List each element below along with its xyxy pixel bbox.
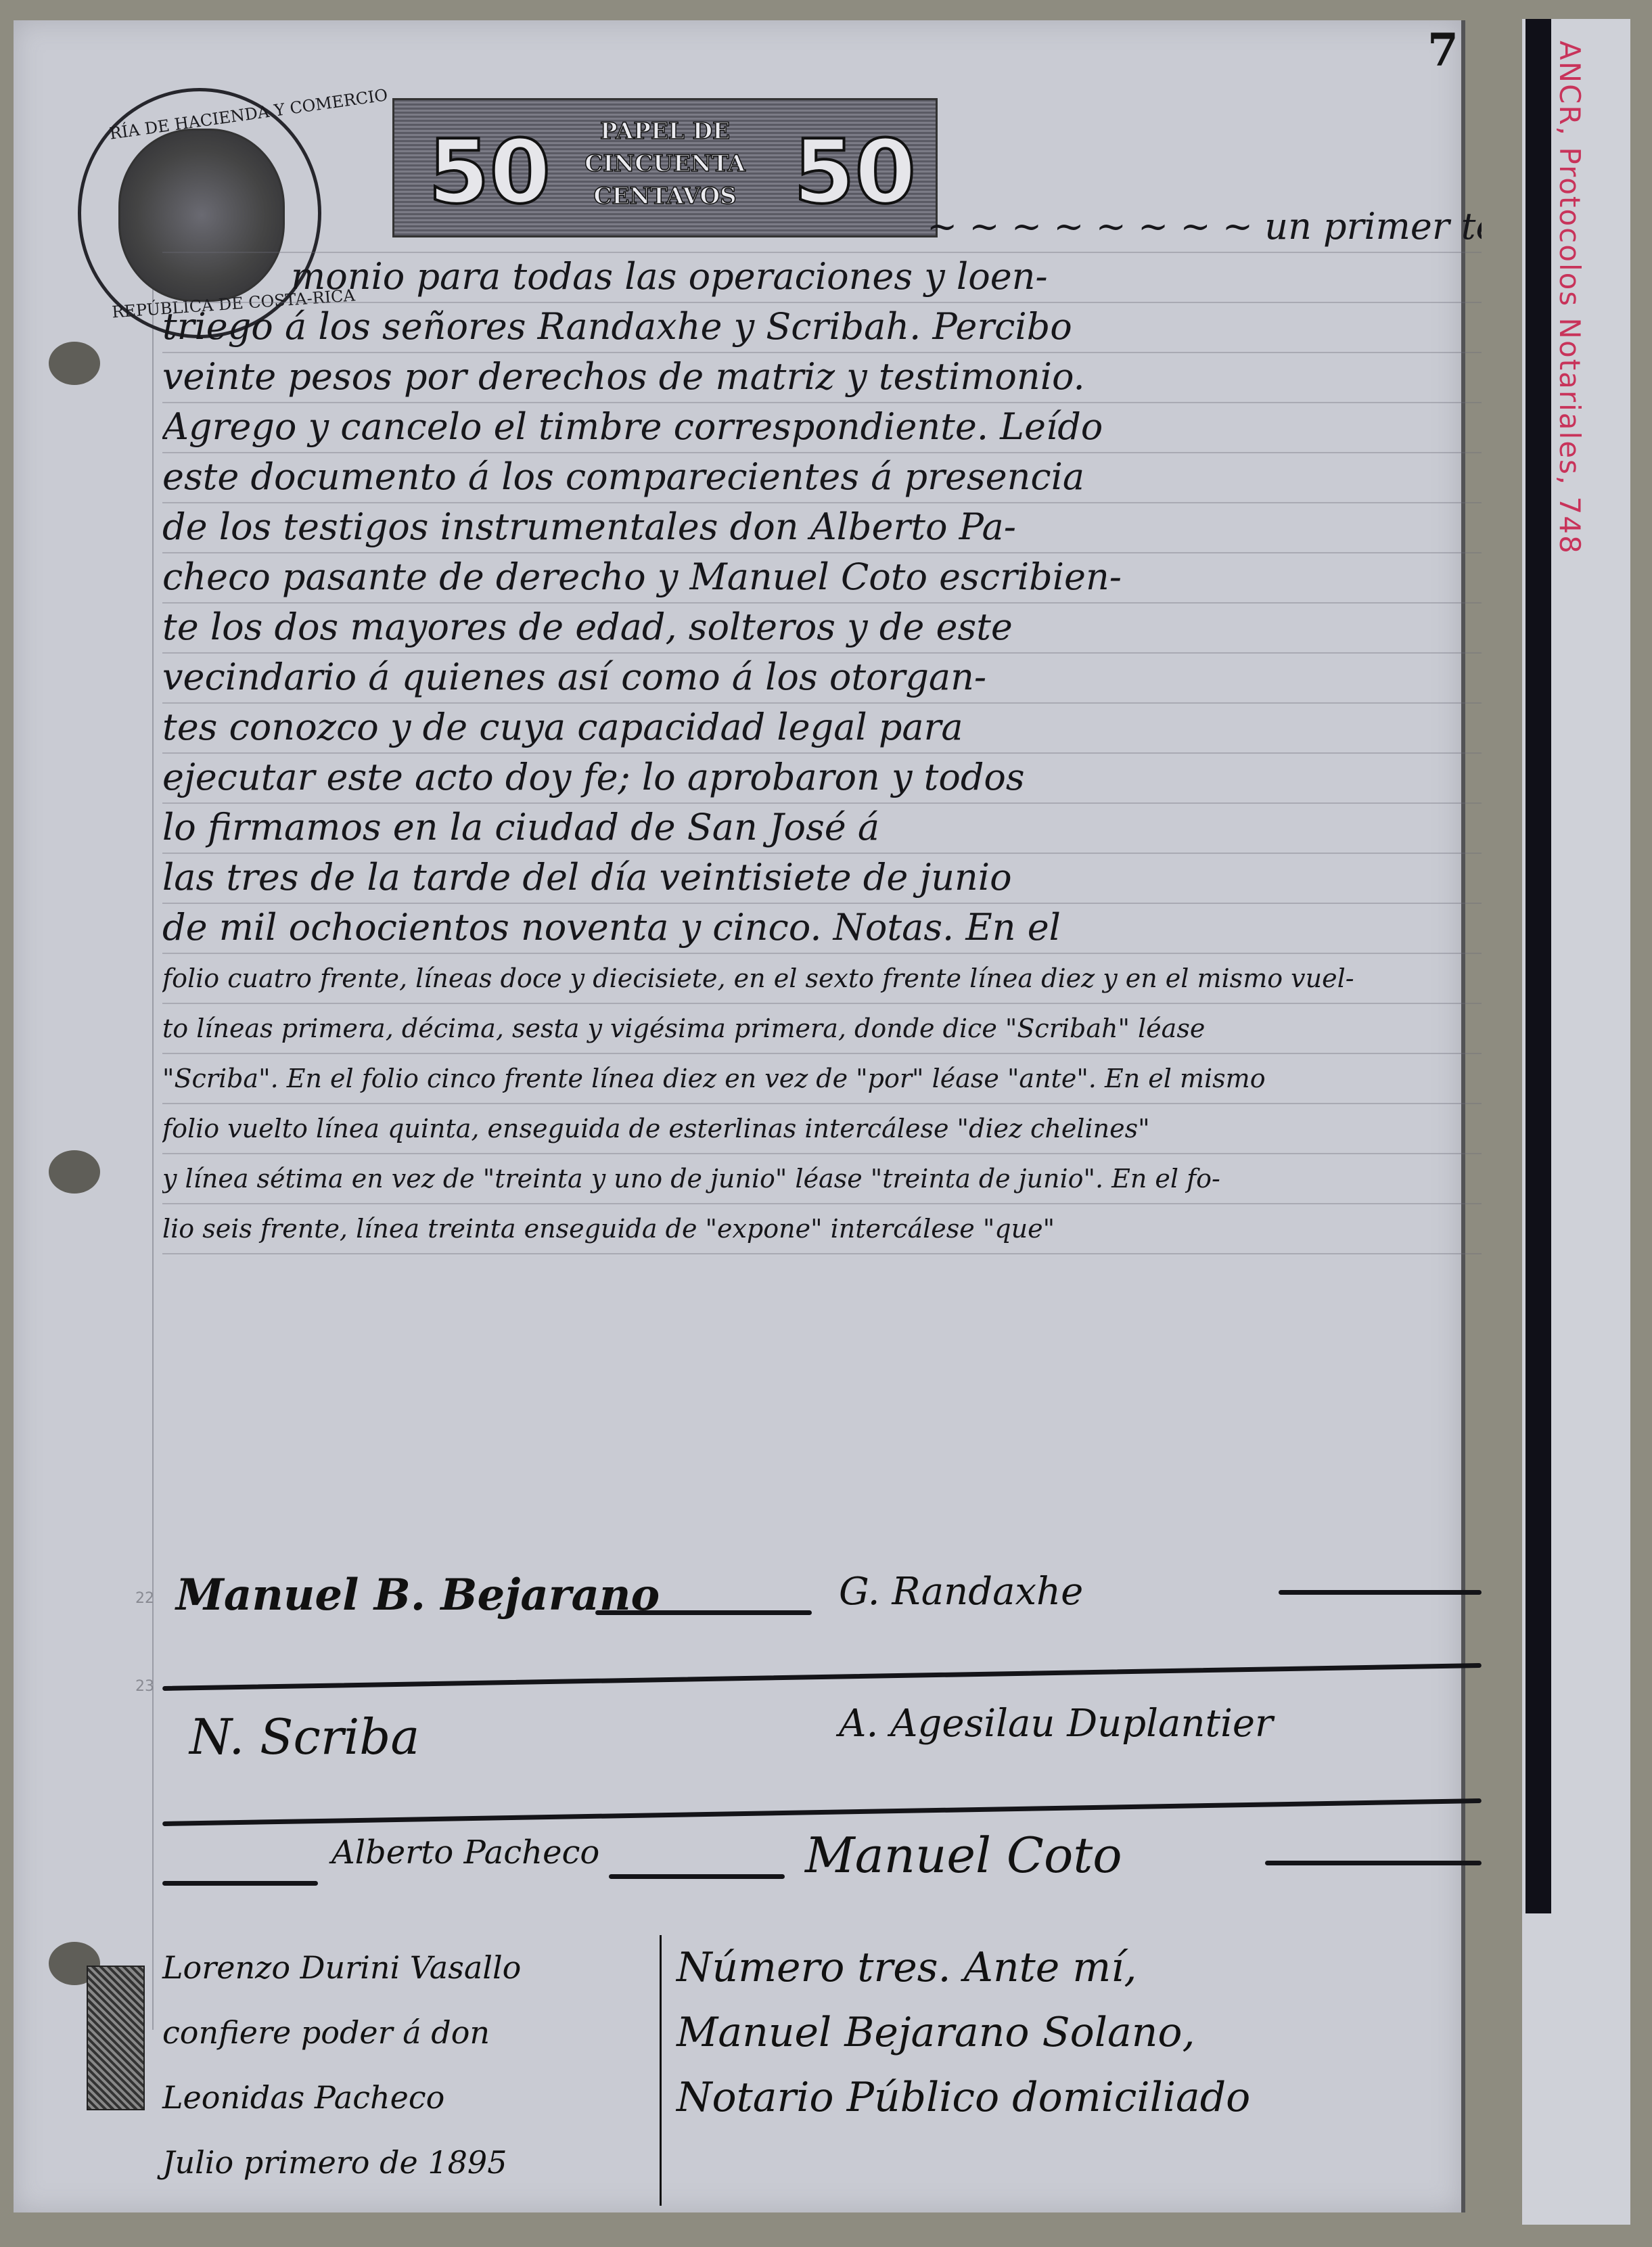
note-line: 17to líneas primera, décima, sesta y vig… bbox=[162, 1004, 1482, 1054]
deed-opening-text: Número tres. Ante mí, Manuel Bejarano So… bbox=[676, 1935, 1482, 2130]
body-line: lo firmamos en la ciudad de San José á bbox=[162, 804, 1482, 854]
note-line: 19folio vuelto línea quinta, enseguida d… bbox=[162, 1104, 1482, 1154]
note-line: 21lio seis frente, línea treinta ensegui… bbox=[162, 1204, 1482, 1254]
body-line: ejecutar este acto doy fe; lo aprobaron … bbox=[162, 754, 1482, 804]
signature-rule bbox=[595, 1610, 812, 1615]
next-deed-section: Lorenzo Durini Vasallo confiere poder á … bbox=[162, 1935, 1482, 2219]
summary-line: Leonidas Pacheco bbox=[162, 2065, 636, 2130]
signature-rule bbox=[1265, 1861, 1482, 1865]
column-divider bbox=[660, 1935, 662, 2206]
deed-summary-margin: Lorenzo Durini Vasallo confiere poder á … bbox=[162, 1935, 636, 2195]
signature-rule bbox=[609, 1874, 785, 1879]
signature-bejarano: Manuel B. Bejarano bbox=[176, 1570, 660, 1620]
note-line: 16folio cuatro frente, líneas doce y die… bbox=[162, 954, 1482, 1004]
document-body: ~ ~ ~ ~ ~ ~ ~ ~ un primer testi monio pa… bbox=[162, 203, 1482, 1254]
margin-rule bbox=[152, 203, 154, 2030]
body-line: te los dos mayores de edad, solteros y d… bbox=[162, 604, 1482, 654]
body-line: ~ ~ ~ ~ ~ ~ ~ ~ un primer testi bbox=[162, 203, 1482, 253]
signature-rule bbox=[162, 1663, 1482, 1691]
body-line: vecindario á quienes así como á los otor… bbox=[162, 654, 1482, 704]
signature-scriba: N. Scriba bbox=[189, 1708, 419, 1765]
signature-randaxhe: G. Randaxhe bbox=[839, 1570, 1083, 1614]
body-line: Agrego y cancelo el timbre correspondien… bbox=[162, 403, 1482, 453]
summary-line: confiere poder á don bbox=[162, 2000, 636, 2065]
stamp-line-2: CINCUENTA bbox=[567, 147, 763, 180]
deed-line: Manuel Bejarano Solano, bbox=[676, 2000, 1482, 2065]
punch-hole-icon bbox=[49, 1150, 100, 1194]
note-line: 18"Scriba". En el folio cinco frente lín… bbox=[162, 1054, 1482, 1104]
line-number: 22 bbox=[135, 1590, 154, 1607]
signature-coto: Manuel Coto bbox=[805, 1827, 1122, 1884]
summary-line: Julio primero de 1895 bbox=[162, 2130, 636, 2195]
deed-line: Notario Público domiciliado bbox=[676, 2065, 1482, 2130]
binder-spine bbox=[1525, 19, 1551, 1913]
signature-block: Manuel B. Bejarano G. Randaxhe N. Scriba… bbox=[162, 1543, 1482, 1901]
note-line: 20y línea sétima en vez de "treinta y un… bbox=[162, 1154, 1482, 1204]
body-line: monio para todas las operaciones y loen- bbox=[162, 253, 1482, 303]
stamp-words: PAPEL DE CINCUENTA CENTAVOS bbox=[567, 115, 763, 212]
signature-rule bbox=[1279, 1590, 1482, 1595]
body-line: checo pasante de derecho y Manuel Coto e… bbox=[162, 553, 1482, 604]
body-line: veinte pesos por derechos de matriz y te… bbox=[162, 353, 1482, 403]
signature-rule bbox=[162, 1798, 1482, 1826]
small-revenue-stamp-icon bbox=[87, 1966, 145, 2110]
body-line: de los testigos instrumentales don Alber… bbox=[162, 503, 1482, 553]
signature-duplantier: A. Agesilau Duplantier bbox=[839, 1702, 1273, 1746]
body-line: las tres de la tarde del día veintisiete… bbox=[162, 854, 1482, 904]
body-line: triego á los señores Randaxhe y Scribah.… bbox=[162, 303, 1482, 353]
page-number: 7 bbox=[1427, 24, 1459, 76]
archive-reference-label: ANCR, Protocolos Notariales, 748 bbox=[1553, 41, 1586, 555]
body-line: este documento á los comparecientes á pr… bbox=[162, 453, 1482, 503]
deed-line: Número tres. Ante mí, bbox=[676, 1935, 1482, 2000]
signature-pacheco: Alberto Pacheco bbox=[331, 1834, 599, 1871]
summary-line: Lorenzo Durini Vasallo bbox=[162, 1935, 636, 2000]
body-line: 15de mil ochocientos noventa y cinco. No… bbox=[162, 904, 1482, 954]
signature-rule bbox=[162, 1881, 318, 1886]
stamp-line-1: PAPEL DE bbox=[567, 115, 763, 147]
line-number: 23 bbox=[135, 1678, 154, 1695]
punch-hole-icon bbox=[49, 342, 100, 385]
body-line: tes conozco y de cuya capacidad legal pa… bbox=[162, 704, 1482, 754]
